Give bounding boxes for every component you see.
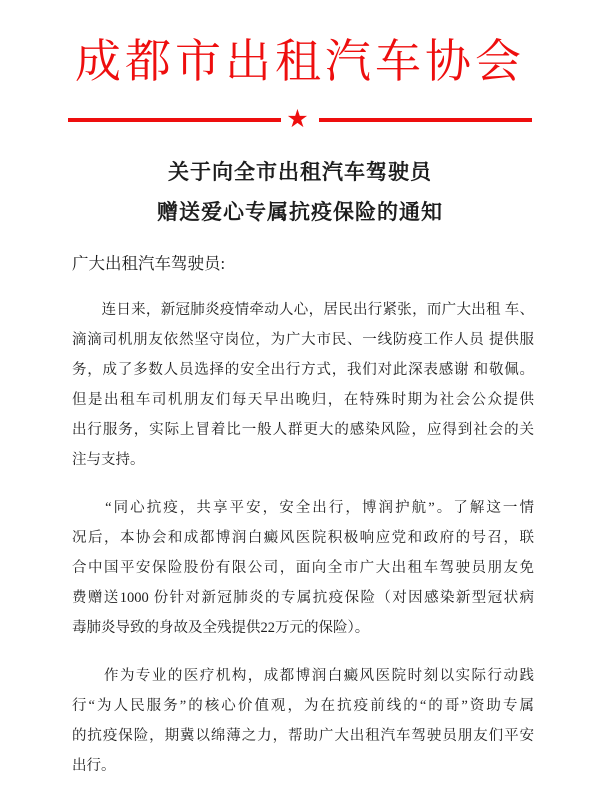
text-line: 滴滴司机朋友依然坚守岗位，为广大市民、一线防疫工作人员 提供服 xyxy=(72,325,534,355)
salutation: 广大出租汽车驾驶员: xyxy=(72,249,534,279)
text-line: 作为专业的医疗机构，成都博润白癜风医院时刻以实际行动践 xyxy=(72,661,534,691)
text-line: 的抗疫保险，期冀以绵薄之力，帮助广大出租汽车驾驶员朋友们平安 xyxy=(72,721,534,751)
document-title-line-1: 关于向全市出租汽车驾驶员 xyxy=(0,152,600,192)
paragraph-1: 连日来，新冠肺炎疫情牵动人心，居民出行紧张，而广大出租 车、滴滴司机朋友依然坚守… xyxy=(72,295,534,475)
divider-line-left xyxy=(68,118,281,122)
paragraph-2: “同心抗疫，共享平安，安全出行，博润护航”。了解这一情况后，本协会和成都博润白癜… xyxy=(72,493,534,643)
star-icon: ★ xyxy=(286,108,308,132)
text-line: 合中国平安保险股份有限公司，面向全市广大出租车驾驶员朋友免 xyxy=(72,553,534,583)
notice-document: 成都市出租汽车协会 ★ 关于向全市出租汽车驾驶员 赠送爱心专属抗疫保险的通知 广… xyxy=(0,0,600,799)
text-line: 务，成了多数人员选择的安全出行方式，我们对此深表感谢 和敬佩。 xyxy=(72,355,534,385)
organization-title: 成都市出租汽车协会 xyxy=(0,34,600,89)
text-line: “同心抗疫，共享平安，安全出行，博润护航”。了解这一情 xyxy=(72,493,534,523)
document-title-line-2: 赠送爱心专属抗疫保险的通知 xyxy=(0,192,600,232)
divider-line-right xyxy=(319,118,532,122)
text-line: 行“为人民服务”的核心价值观，为在抗疫前线的“的哥”资助专属 xyxy=(72,691,534,721)
document-title: 关于向全市出租汽车驾驶员 赠送爱心专属抗疫保险的通知 xyxy=(0,152,600,232)
document-body: 广大出租汽车驾驶员: 连日来，新冠肺炎疫情牵动人心，居民出行紧张，而广大出租 车… xyxy=(72,249,534,781)
text-line: 但是出租车司机朋友们每天早出晚归，在特殊时期为社会公众提供 xyxy=(72,385,534,415)
text-line: 注与支持。 xyxy=(72,445,534,475)
text-line: 费赠送1000 份针对新冠肺炎的专属抗疫保险（对因感染新型冠状病 xyxy=(72,583,534,613)
text-line: 毒肺炎导致的身故及全残提供22万元的保险）。 xyxy=(72,613,534,643)
text-line: 出行。 xyxy=(72,751,534,781)
text-line: 出行服务，实际上冒着比一般人群更大的感染风险，应得到社会的关 xyxy=(72,415,534,445)
text-line: 况后，本协会和成都博润白癜风医院积极响应党和政府的号召，联 xyxy=(72,523,534,553)
paragraph-3: 作为专业的医疗机构，成都博润白癜风医院时刻以实际行动践行“为人民服务”的核心价值… xyxy=(72,661,534,781)
header-divider: ★ xyxy=(0,108,600,132)
text-line: 连日来，新冠肺炎疫情牵动人心，居民出行紧张，而广大出租 车、 xyxy=(72,295,534,325)
